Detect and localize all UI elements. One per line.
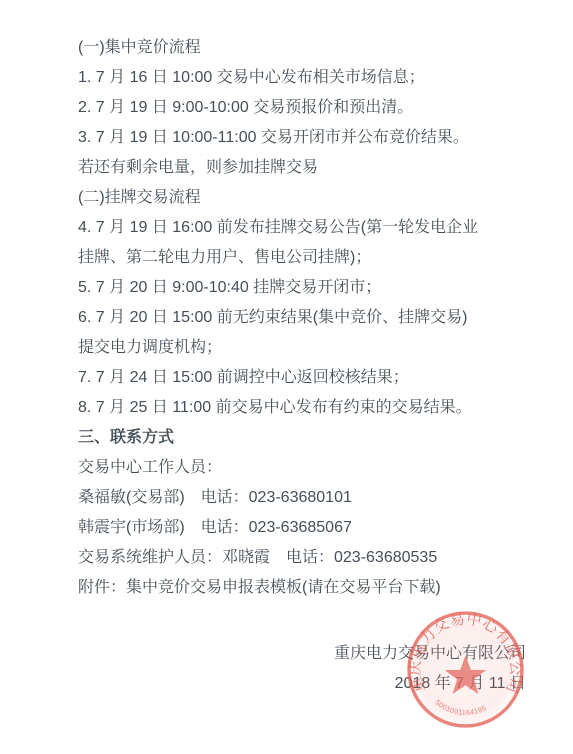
section-3-heading: 三、联系方式 [78, 423, 526, 453]
signature-date: 2018 年 7 月 11 日 [78, 669, 526, 699]
doc-line-step6-cont: 提交电力调度机构； [78, 333, 526, 363]
doc-line-step3: 3. 7 月 19 日 10:00-11:00 交易开闭市并公布竞价结果。 [78, 123, 526, 153]
doc-line-step3-cont: 若还有剩余电量，则参加挂牌交易 [78, 153, 526, 183]
notice-body: (一)集中竞价流程 1. 7 月 16 日 10:00 交易中心发布相关市场信息… [78, 33, 526, 699]
doc-line-contact-2: 韩震宇(市场部) 电话：023-63685067 [78, 513, 526, 543]
doc-line-step6: 6. 7 月 20 日 15:00 前无约束结果(集中竞价、挂牌交易) [78, 303, 526, 333]
signature-company: 重庆电力交易中心有限公司 [78, 639, 526, 669]
doc-line-step4-cont: 挂牌、第二轮电力用户、售电公司挂牌)； [78, 243, 526, 273]
document-page: { "page": { "background": "#ffffff", "te… [0, 0, 573, 754]
doc-line-step5: 5. 7 月 20 日 9:00-10:40 挂牌交易开闭市； [78, 273, 526, 303]
section-1-heading: (一)集中竞价流程 [78, 33, 526, 63]
doc-line-step2: 2. 7 月 19 日 9:00-10:00 交易预报价和预出清。 [78, 93, 526, 123]
doc-line-contact-1: 桑福敏(交易部) 电话：023-63680101 [78, 483, 526, 513]
doc-line-step1: 1. 7 月 16 日 10:00 交易中心发布相关市场信息； [78, 63, 526, 93]
doc-line-step4: 4. 7 月 19 日 16:00 前发布挂牌交易公告(第一轮发电企业 [78, 213, 526, 243]
doc-line-step7: 7. 7 月 24 日 15:00 前调控中心返回校核结果； [78, 363, 526, 393]
doc-line-maintainer: 交易系统维护人员：邓晓霞 电话：023-63680535 [78, 543, 526, 573]
seal-serial-number: 5001001164195 [434, 699, 488, 717]
doc-line-attachment: 附件：集中竞价交易申报表模板(请在交易平台下载) [78, 573, 526, 603]
blank-gap [78, 603, 526, 639]
doc-line-step8: 8. 7 月 25 日 11:00 前交易中心发布有约束的交易结果。 [78, 393, 526, 423]
doc-line-staff-label: 交易中心工作人员： [78, 453, 526, 483]
section-2-heading: (二)挂牌交易流程 [78, 183, 526, 213]
